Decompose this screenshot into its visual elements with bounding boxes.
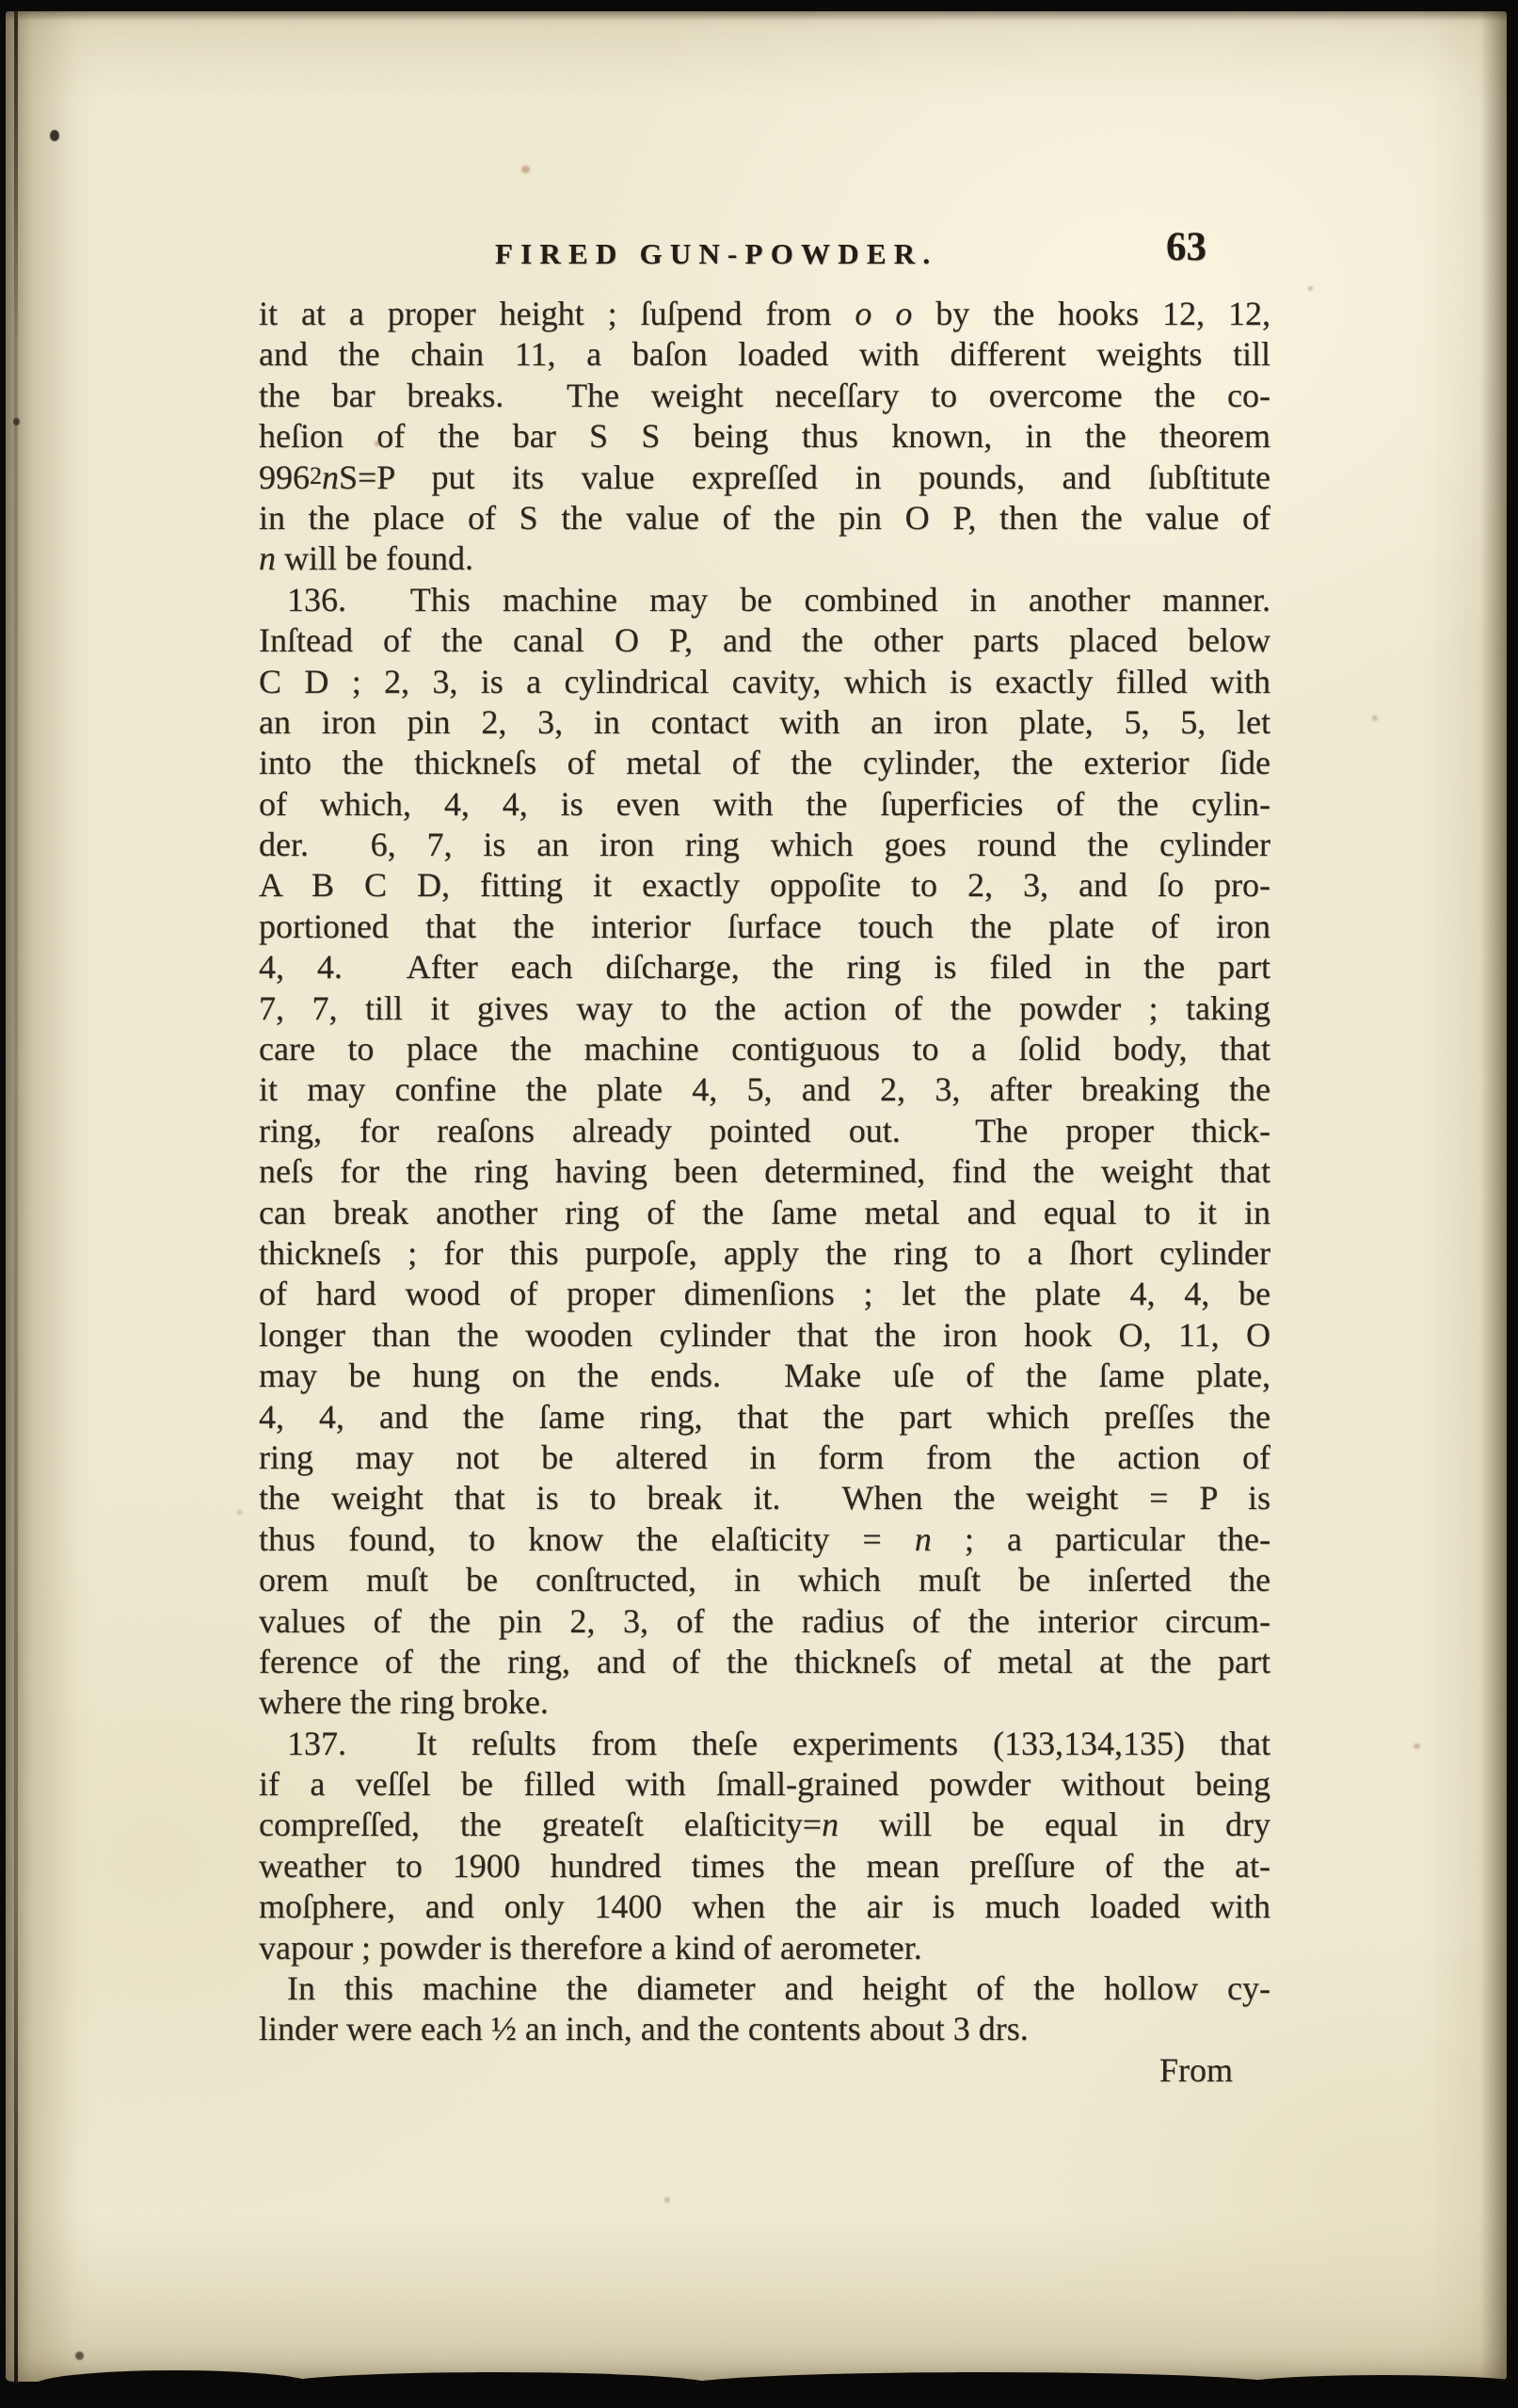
text-line: ring may not be altered in form from the…: [259, 1437, 1270, 1478]
text-line: the weight that is to break it. When the…: [259, 1478, 1270, 1518]
page-edge-right-shadow: [1480, 11, 1507, 2382]
page-edge-bottom: [1234, 2375, 1507, 2382]
text-line: an iron pin 2, 3, in contact with an iro…: [259, 702, 1270, 743]
text-line: weather to 1900 hundred times the mean p…: [259, 1846, 1270, 1886]
foxing-spot: [664, 2197, 670, 2203]
text-line: in the place of S the value of the pin O…: [259, 498, 1270, 538]
text-line: of which, 4, 4, is even with the ſuperfi…: [259, 784, 1270, 825]
text-line: compreſſed, the greateſt elaſticity=n wi…: [259, 1805, 1270, 1845]
foxing-spot: [1372, 715, 1378, 721]
text-line: it may confine the plate 4, 5, and 2, 3,…: [259, 1069, 1270, 1110]
text-line: can break another ring of the ſame metal…: [259, 1193, 1270, 1233]
text-line: ference of the ring, and of the thickneſ…: [259, 1642, 1270, 1682]
page-edge-bottom: [683, 2372, 1286, 2382]
text-line: 136. This machine may be combined in ano…: [259, 580, 1270, 620]
text-line: moſphere, and only 1400 when the air is …: [259, 1886, 1270, 1927]
text-line: 9962nS=P put its value expreſſed in poun…: [259, 458, 1270, 498]
paragraph-4: In this machine the diameter and height …: [259, 1968, 1270, 2050]
text-line: neſs for the ring having been determined…: [259, 1151, 1270, 1192]
text-line: C D ; 2, 3, is a cylindrical cavity, whi…: [259, 662, 1270, 702]
page-fold-crease: [14, 11, 18, 2382]
paragraph-3: 137. It reſults from theſe experiments (…: [259, 1724, 1270, 1968]
text-line: n will be found.: [259, 538, 1270, 579]
page-number: 63: [1166, 224, 1206, 270]
text-line: 4, 4. After each diſcharge, the ring is …: [259, 947, 1270, 987]
text-line: 4, 4, and the ſame ring, that the part w…: [259, 1397, 1270, 1437]
page-edge-bottom: [279, 2372, 711, 2382]
text-line: of hard wood of proper dimenſions ; let …: [259, 1274, 1270, 1314]
text-line: Inſtead of the canal O P, and the other …: [259, 620, 1270, 661]
text-line: thus found, to know the elaſticity = n ;…: [259, 1519, 1270, 1560]
text-line: ring, for reaſons already pointed out. T…: [259, 1111, 1270, 1151]
text-line: if a veſſel be filled with ſmall-grained…: [259, 1764, 1270, 1805]
text-line: care to place the machine contiguous to …: [259, 1029, 1270, 1069]
foxing-spot: [1414, 1743, 1420, 1749]
page-edge-top-shadow: [6, 11, 1507, 21]
ink-fleck: [75, 2352, 84, 2360]
foxing-spot: [237, 1510, 242, 1515]
text-line: A B C D, fitting it exactly oppoſite to …: [259, 865, 1270, 906]
page-edge-bottom: [34, 2370, 316, 2382]
text-line: the bar breaks. The weight neceſſary to …: [259, 376, 1270, 416]
book-page: FIRED GUN-POWDER. 63 it at a proper heig…: [6, 11, 1507, 2382]
text-line: der. 6, 7, is an iron ring which goes ro…: [259, 825, 1270, 865]
text-line: into the thickneſs of metal of the cylin…: [259, 743, 1270, 783]
text-line: longer than the wooden cylinder that the…: [259, 1315, 1270, 1356]
text-line: vapour ; powder is therefore a kind of a…: [259, 1928, 1270, 1968]
text-line: 7, 7, till it gives way to the action of…: [259, 988, 1270, 1029]
text-line: values of the pin 2, 3, of the radius of…: [259, 1601, 1270, 1642]
text-line: and the chain 11, a baſon loaded with di…: [259, 334, 1270, 375]
scan-background: { "page": { "header": { "title": "FIRED …: [0, 0, 1518, 2408]
paragraph-2: 136. This machine may be combined in ano…: [259, 580, 1270, 1724]
catchword: From: [259, 2050, 1270, 2091]
running-head: FIRED GUN-POWDER.: [495, 237, 937, 271]
text-line: it at a proper height ; ſuſpend from o o…: [259, 294, 1270, 334]
text-line: 137. It reſults from theſe experiments (…: [259, 1724, 1270, 1764]
text-line: where the ring broke.: [259, 1682, 1270, 1723]
foxing-spot: [521, 166, 530, 173]
text-line: orem muſt be conſtructed, in which muſt …: [259, 1560, 1270, 1600]
text-line: linder were each ½ an inch, and the cont…: [259, 2009, 1270, 2049]
text-line: portioned that the interior ſurface touc…: [259, 907, 1270, 947]
foxing-spot: [1308, 286, 1313, 291]
text-line: In this machine the diameter and height …: [259, 1968, 1270, 2009]
text-line: thickneſs ; for this purpoſe, apply the …: [259, 1233, 1270, 1274]
paragraph-1: it at a proper height ; ſuſpend from o o…: [259, 294, 1270, 580]
body-text: it at a proper height ; ſuſpend from o o…: [259, 294, 1270, 2091]
text-line: heſion of the bar S S being thus known, …: [259, 416, 1270, 457]
text-line: may be hung on the ends. Make uſe of the…: [259, 1356, 1270, 1396]
